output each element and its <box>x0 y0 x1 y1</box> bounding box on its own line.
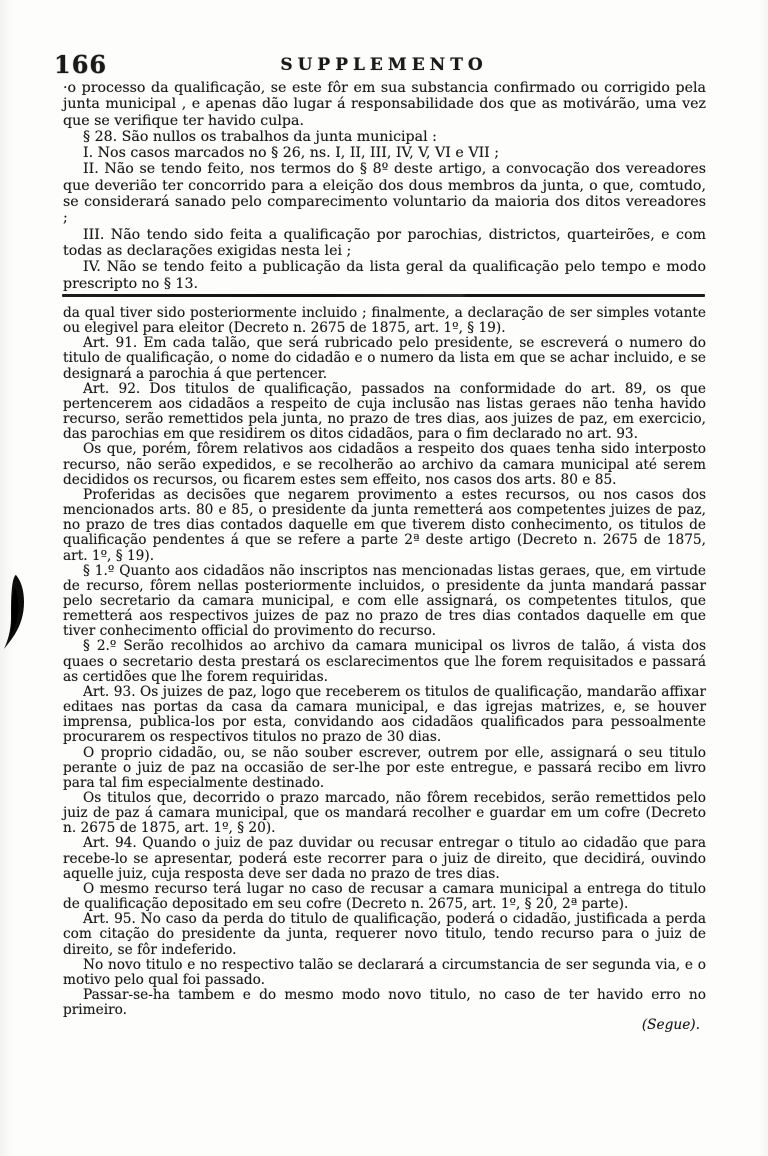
paragraph-par-2: § 2.º Serão recolhidos ao archivo da cam… <box>63 639 706 684</box>
paragraph: ·o processo da qualificação, se este fôr… <box>63 80 706 129</box>
section-divider <box>62 294 705 297</box>
paragraph-par-1: § 1.º Quanto aos cidadãos não inscriptos… <box>63 564 706 640</box>
main-section: da qual tiver sido posteriormente inclui… <box>63 306 706 1034</box>
paragraph-art-93: Art. 93. Os juizes de paz, logo que rece… <box>63 685 706 746</box>
paragraph: Os que, porém, fôrem relativos aos cidad… <box>63 442 706 487</box>
paragraph: Os titulos que, decorrido o prazo marcad… <box>63 791 706 836</box>
ink-blot-artifact <box>3 574 29 652</box>
paragraph-art-95: Art. 95. No caso da perda do titulo de q… <box>63 912 706 957</box>
page-title: SUPPLEMENTO <box>0 55 768 75</box>
paragraph-art-91: Art. 91. Em cada talão, que será rubrica… <box>63 336 706 381</box>
paragraph: da qual tiver sido posteriormente inclui… <box>63 306 706 336</box>
paragraph: O mesmo recurso terá lugar no caso de re… <box>63 882 706 912</box>
paragraph: III. Não tendo sido feita a qualificação… <box>63 227 706 260</box>
paragraph: I. Nos casos marcados no § 26, ns. I, II… <box>63 145 706 161</box>
paragraph: § 28. São nullos os trabalhos da junta m… <box>63 129 706 145</box>
paragraph: II. Não se tendo feito, nos termos do § … <box>63 161 706 226</box>
paragraph: O proprio cidadão, ou, se não souber esc… <box>63 746 706 791</box>
paragraph: Proferidas as decisões que negarem provi… <box>63 488 706 564</box>
paragraph: IV. Não se tendo feito a publicação da l… <box>63 259 706 292</box>
paragraph-art-94: Art. 94. Quando o juiz de paz duvidar ou… <box>63 836 706 881</box>
paragraph-art-92: Art. 92. Dos titulos de qualificação, pa… <box>63 382 706 443</box>
paragraph: Passar-se-ha tambem e do mesmo modo novo… <box>63 988 706 1018</box>
scanned-document-page: 166 SUPPLEMENTO ·o processo da qualifica… <box>0 0 768 1156</box>
continuation-note: (Segue). <box>63 1018 706 1033</box>
paragraph: No novo titulo e no respectivo talão se … <box>63 958 706 988</box>
top-section: ·o processo da qualificação, se este fôr… <box>63 80 706 292</box>
